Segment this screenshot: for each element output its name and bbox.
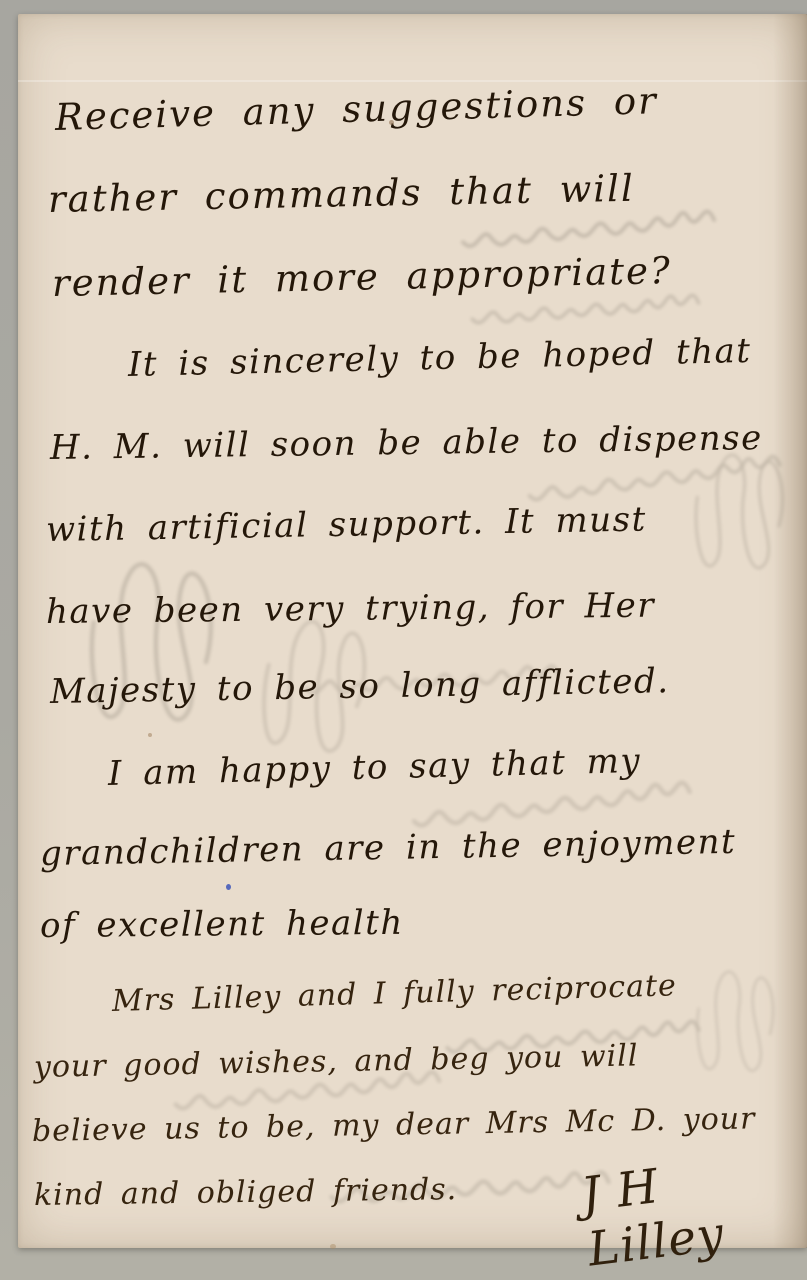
handwriting-line: H. M. will soon be able to dispense [50, 418, 763, 468]
scanned-letter: Receive any suggestions or rather comman… [0, 0, 807, 1280]
handwriting-line: I am happy to say that my [108, 741, 642, 794]
handwriting-line: grandchildren are in the enjoyment [40, 822, 737, 874]
handwriting-line: have been very trying, for Her [46, 586, 655, 632]
handwriting-line: believe us to be, my dear Mrs Mc D. your [32, 1101, 756, 1149]
handwriting-line: Majesty to be so long afflicted. [50, 661, 670, 712]
handwriting-line: It is sincerely to be hoped that [128, 331, 752, 385]
handwriting-line: kind and obliged friends. [34, 1172, 458, 1213]
handwriting-line: Mrs Lilley and I fully reciprocate [112, 968, 678, 1019]
foxing-spot [389, 120, 394, 125]
signature: J H Lilley [578, 1141, 807, 1277]
handwriting-line: your good wishes, and beg you will [34, 1038, 639, 1085]
handwriting-layer: Receive any suggestions or rather comman… [0, 0, 807, 1280]
foxing-spot [330, 1244, 336, 1249]
ink-speck-blue [226, 884, 231, 890]
handwriting-line: of excellent health [40, 903, 404, 946]
handwriting-line: with artificial support. It must [46, 500, 647, 550]
handwriting-line: render it more appropriate? [52, 249, 673, 305]
handwriting-line: Receive any suggestions or [54, 79, 658, 139]
foxing-spot [148, 733, 152, 737]
handwriting-line: rather commands that will [48, 167, 636, 221]
